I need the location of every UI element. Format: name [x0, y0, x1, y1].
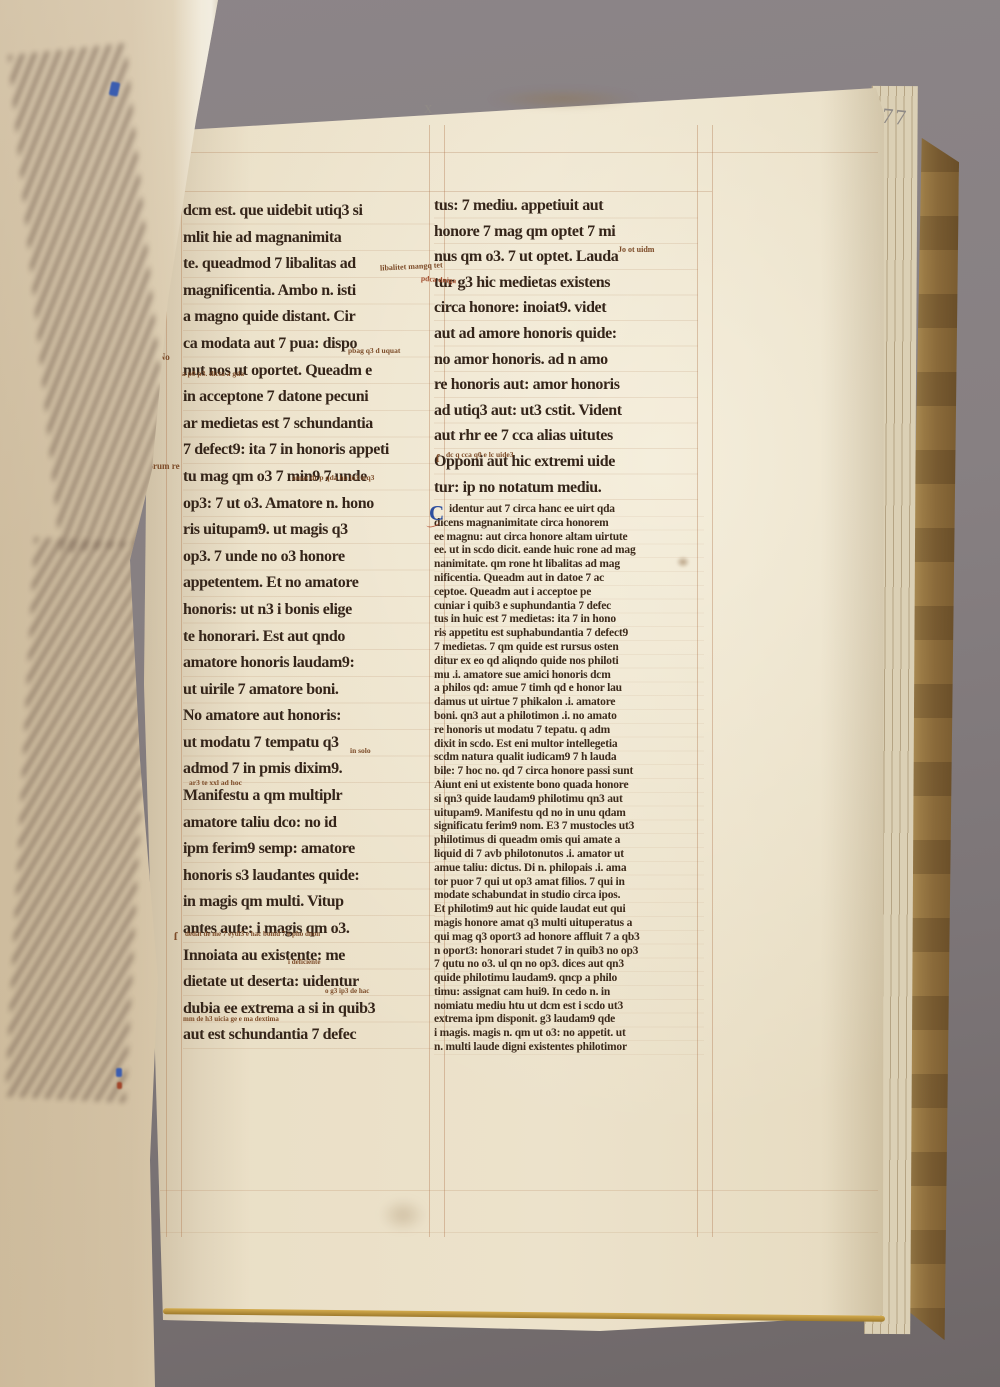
interlinear-gloss: mm de h3 uicia ge e ma dextima [183, 1015, 279, 1023]
text-line: qui mag q3 oport3 ad honore affluit 7 a … [434, 931, 704, 945]
text-line: scdm natura qualit iudicam9 7 h lauda [434, 751, 704, 765]
interlinear-gloss: amat dr p qda hu lo3 ieq3 [292, 473, 374, 482]
text-line: ris appetitu est suphabundantia 7 defect… [434, 627, 704, 641]
text-line: liquid di 7 avb philotonutos .i. amator … [434, 848, 704, 862]
text-line: honore 7 mag qm optet 7 mi [434, 219, 698, 245]
text-line: tur: ip no notatum mediu. [434, 475, 698, 501]
text-line: ut uirile 7 amatore boni. [183, 677, 435, 704]
interlinear-gloss: in solo [350, 746, 371, 755]
text-line: tur g3 hic medietas existens [434, 270, 698, 296]
text-line: re honoris ut modatu 7 tepatu. q adm [434, 724, 704, 738]
text-line: re honoris aut: amor honoris [434, 372, 698, 398]
text-line: uitupam9. Manifestu qd no in unu qdam [434, 807, 704, 821]
text-line: op3: 7 ut o3. Amatore n. hono [183, 491, 435, 518]
text-line: tus: 7 mediu. appetiuit aut [434, 193, 698, 219]
text-line: honoris s3 laudantes quide: [183, 863, 435, 890]
text-line: boni. qn3 aut a philotimon .i. no amato [434, 710, 704, 724]
text-line: philotimus di queadm omis qui amate a [434, 834, 704, 848]
text-line: No amatore aut honoris: [183, 703, 435, 730]
text-line: damus ut uirtue 7 phikalon .i. amatore [434, 696, 704, 710]
text-line: nificentia. Queadm aut in datoe 7 ac [434, 572, 704, 586]
text-line: no amor honoris. ad n amo [434, 347, 698, 373]
text-line: ar medietas est 7 schundantia [183, 411, 435, 438]
text-line: ut modatu 7 tempatu q3 [183, 730, 435, 757]
text-line: modate schabundat in studio circa ipos. [434, 889, 704, 903]
text-line: a philos qd: amue 7 timh qd e honor lau [434, 682, 704, 696]
text-line: n. multi laude digni existentes philotim… [434, 1041, 704, 1055]
text-line: si qn3 quide laudam9 philotimu qn3 aut [434, 793, 704, 807]
ruling-line-horizontal [160, 1190, 878, 1191]
text-line: te honorari. Est aut qndo [183, 624, 435, 651]
text-line: tus in huic est 7 medietas: ita 7 in hon… [434, 613, 704, 627]
text-line: magnificentia. Ambo n. isti [183, 278, 435, 305]
text-line: significatu ferim9 nom. E3 7 mustocles u… [434, 820, 704, 834]
blue-paraph-mark [116, 1068, 122, 1077]
text-line: nus qm o3. 7 ut optet. Lauda [434, 244, 698, 270]
text-line: aut rhr ee 7 cca alias uitutes [434, 423, 698, 449]
text-line: tor puor 7 qui ut op3 amat filios. 7 qui… [434, 876, 704, 890]
text-column-1: dcm est. que uidebit utiq3 simlit hie ad… [183, 198, 435, 1049]
text-line: dicens magnanimitate circa honorem [434, 517, 704, 531]
text-line: ipm ferim9 semp: amatore [183, 836, 435, 863]
text-line: cuniar i quib3 e suphundantia 7 defec [434, 600, 704, 614]
fore-edge-shadow [820, 84, 890, 1336]
text-line: ee. ut in scdo dicit. eande huic rone ad… [434, 544, 704, 558]
text-line: 7 medietas. 7 qm quide est rursus osten [434, 641, 704, 655]
text-line: Manifestu a qm multiplr [183, 783, 435, 810]
text-line: aut est schundantia 7 defec [183, 1022, 435, 1049]
interlinear-gloss: i deficiente [288, 958, 320, 966]
marginal-gloss: Jo ot uidm [618, 245, 654, 254]
interlinear-gloss: pbag q3 d uquat [348, 346, 400, 355]
text-line: 7 qutu no o3. ul qn no op3. dices aut qn… [434, 958, 704, 972]
text-line: ee magnu: aut circa honore altam uirtute [434, 531, 704, 545]
text-line: Aiunt eni ut existente bono quada honore [434, 779, 704, 793]
text-line: op3. 7 unde no o3 honore [183, 544, 435, 571]
ruling-line-vertical [181, 125, 182, 1237]
text-line: dietate ut deserta: uidentur [183, 969, 435, 996]
text-line: aut ad amore honoris quide: [434, 321, 698, 347]
ruling-line-vertical [712, 125, 713, 1237]
text-line: magis honore amat q3 multi uituperatus a [434, 917, 704, 931]
text-line: amatore taliu dco: no id [183, 810, 435, 837]
text-line: extrema ipm disponit. g3 laudam9 qde [434, 1013, 704, 1027]
folio-number: 77 [881, 103, 910, 132]
text-line: quide philotimu laudam9. qncp a philo [434, 972, 704, 986]
text-line: dcm est. que uidebit utiq3 si [183, 198, 435, 225]
text-line: ditur ex eo qd aliqndo quide nos philoti [434, 655, 704, 669]
text-line: identur aut 7 circa hanc ee uirt qda [434, 503, 704, 517]
text-line: nanimitate. qm rone ht libalitas ad mag [434, 558, 704, 572]
text-line: nomiatu mediu htu ut dcm est i scdo ut3 [434, 1000, 704, 1014]
text-line: ceptoe. Queadm aut i acceptoe pe [434, 586, 704, 600]
text-line: circa honore: inoiat9. videt [434, 295, 698, 321]
text-line: amue taliu: dictus. Di n. philopais .i. … [434, 862, 704, 876]
text-line: ris uitupam9. ut magis q3 [183, 517, 435, 544]
text-line: Et philotim9 aut hic quide laudat eut qu… [434, 903, 704, 917]
pencil-mark: x [424, 98, 433, 118]
text-line: ad utiq3 aut: ut3 cstit. Vident [434, 398, 698, 424]
commentary-block: identur aut 7 circa hanc ee uirt qdadice… [434, 503, 704, 1055]
interlinear-gloss: dc q cca q0 e lc uide3 [446, 450, 514, 459]
text-line: dixit in scdo. Est eni multor intelleget… [434, 738, 704, 752]
interlinear-gloss: dedat de me 7 eydi3 e hac bonid 7 e pho … [185, 930, 320, 938]
text-line: in acceptone 7 datone pecuni [183, 384, 435, 411]
text-line: amatore honoris laudam9: [183, 650, 435, 677]
text-line: 7 defect9: ita 7 in honoris appeti [183, 437, 435, 464]
interlinear-gloss: ar3 te xxl ad hoc [189, 778, 242, 787]
text-line: n oport3: honorari studet 7 in quib3 no … [434, 945, 704, 959]
text-line: appetentem. Et no amatore [183, 570, 435, 597]
text-line: bile: 7 hoc no. qd 7 circa honore passi … [434, 765, 704, 779]
capitulum-initial: C [429, 503, 444, 523]
interlinear-gloss: o g3 ip3 de hac [325, 987, 369, 995]
text-line: honoris: ut n3 i bonis elige [183, 597, 435, 624]
ruling-line-horizontal [166, 191, 712, 192]
manuscript-photo: dcm est. que uidebit utiq3 simlit hie ad… [0, 0, 1000, 1387]
red-paraph-mark [117, 1082, 122, 1089]
text-line: mu .i. amatore sue amici honoris dcm [434, 669, 704, 683]
interlinear-gloss: a p0 p3. dicta a gda [182, 369, 244, 378]
text-line: mlit hie ad magnanimita [183, 225, 435, 252]
paragraph-mark: ſ [436, 451, 439, 466]
ruling-line-horizontal [150, 152, 878, 153]
text-line: i magis. magis n. qm ut o3: no appetit. … [434, 1027, 704, 1041]
text-line: a magno quide distant. Cir [183, 304, 435, 331]
paragraph-mark: ſ [174, 929, 177, 944]
text-line: timu: assignat cam hui9. In cedo n. in [434, 986, 704, 1000]
ruling-line-horizontal [160, 1232, 878, 1233]
text-line: in magis qm multi. Vitup [183, 889, 435, 916]
